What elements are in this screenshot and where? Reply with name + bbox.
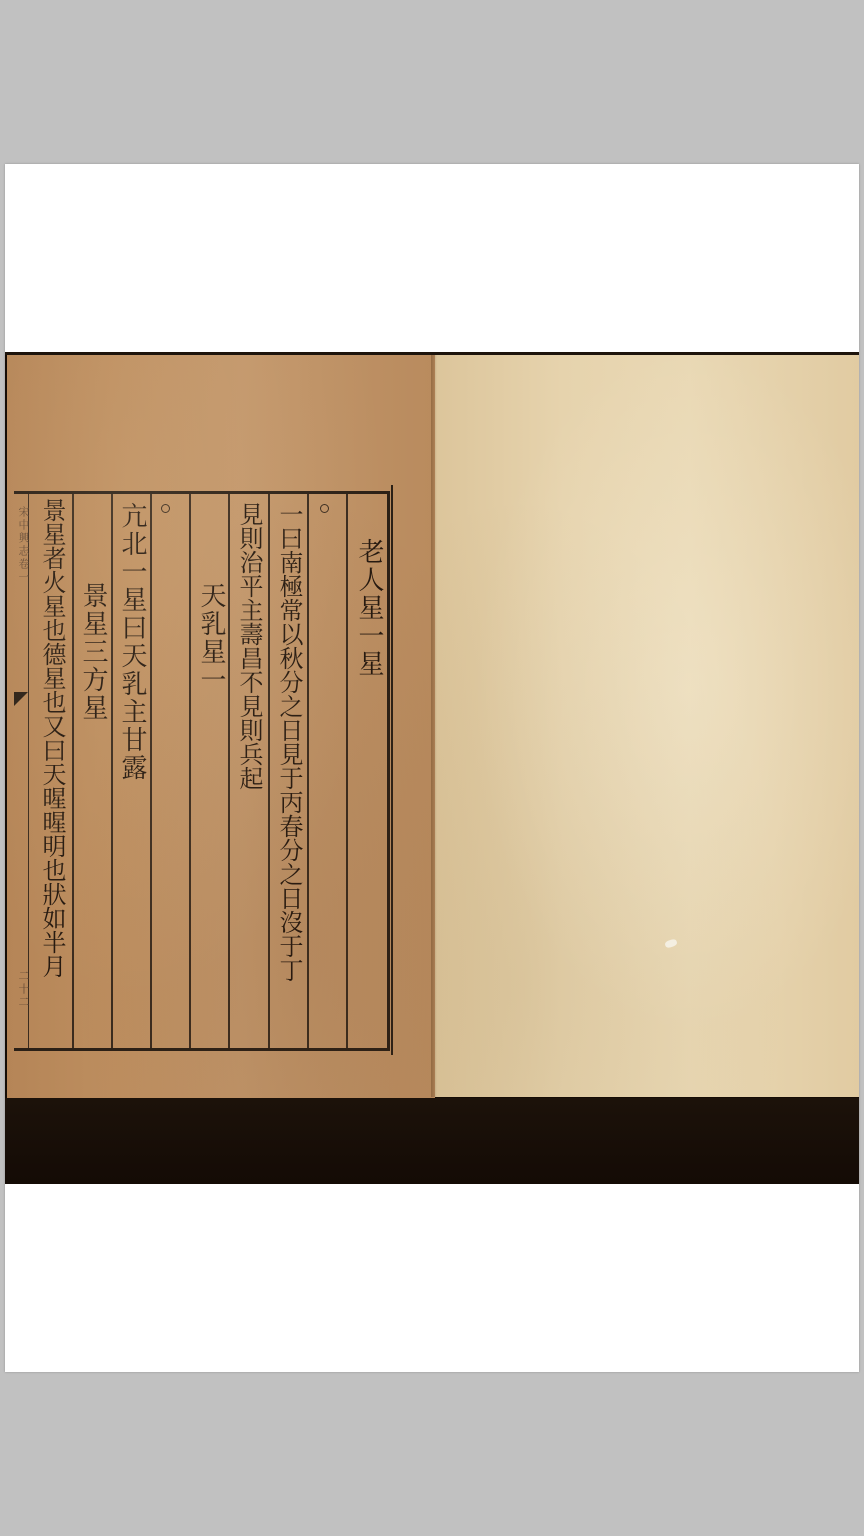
left-page: 宋中興志卷一 二十二 老人星一星 一曰南極常以秋分之日見于丙春分之日沒于丁 見則… <box>7 355 435 1098</box>
text-column-6: 亢北一星曰天乳主甘露 <box>113 502 151 782</box>
circle-marker-icon <box>320 504 329 513</box>
text-column-8: 景星者火星也德星也又曰天暒暒明也狀如半月 <box>34 498 69 978</box>
text-column-3: 見則治平主壽昌不見則兵起 <box>231 502 267 790</box>
text-column-4: 天乳星一 <box>192 582 230 694</box>
column-rule <box>307 494 309 1048</box>
fishtail-mark-icon <box>14 692 28 706</box>
column-rule <box>346 494 348 1048</box>
column-rule <box>111 494 113 1048</box>
column-rule <box>189 494 191 1048</box>
page-margin-strip <box>14 494 29 1048</box>
text-column-7: 景星三方星 <box>74 582 112 722</box>
frame-outer-border <box>391 485 393 1055</box>
text-column-2: 一曰南極常以秋分之日見于丙春分之日沒于丁 <box>271 502 307 982</box>
column-rule <box>150 494 152 1048</box>
column-rule <box>72 494 74 1048</box>
text-column-1: 老人星一星 <box>350 538 388 678</box>
margin-page-number: 二十二 <box>15 970 31 1009</box>
scan-dark-background <box>5 1098 859 1184</box>
book-scan-image: 宋中興志卷一 二十二 老人星一星 一曰南極常以秋分之日見于丙春分之日沒于丁 見則… <box>5 352 859 1184</box>
column-rule <box>228 494 230 1048</box>
margin-title: 宋中興志卷一 <box>15 506 31 584</box>
column-rule <box>268 494 270 1048</box>
book-spine <box>431 355 437 1097</box>
text-frame: 宋中興志卷一 二十二 老人星一星 一曰南極常以秋分之日見于丙春分之日沒于丁 見則… <box>14 491 390 1051</box>
circle-marker-icon <box>161 504 170 513</box>
right-page-blank <box>435 355 859 1097</box>
